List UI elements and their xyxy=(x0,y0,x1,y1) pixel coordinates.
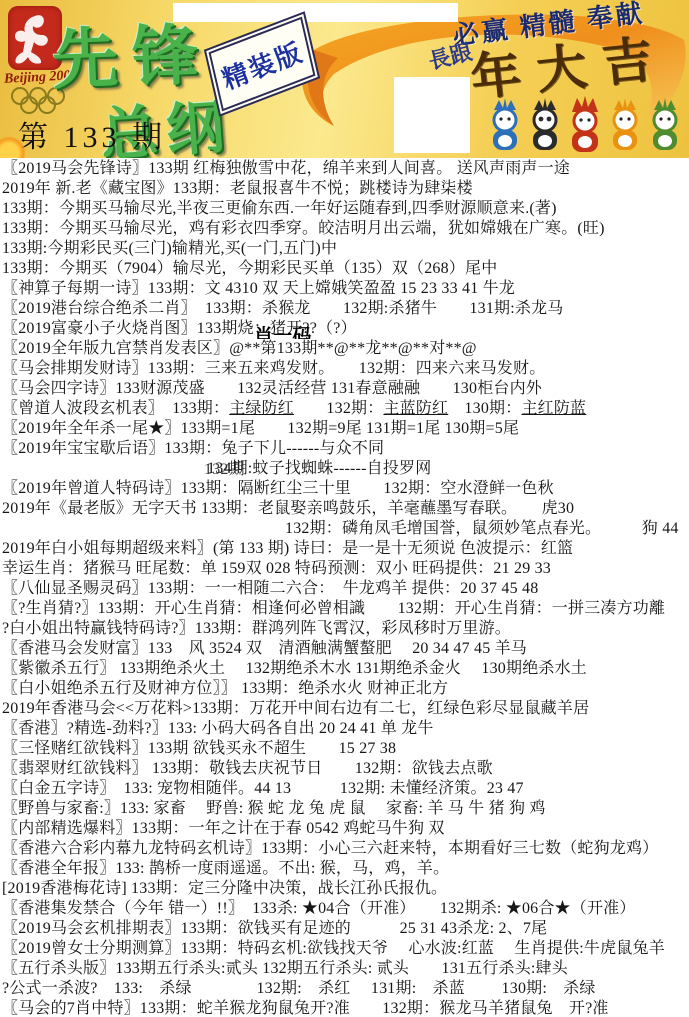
doc-line: 〖2019年曾道人特码诗〗133期：隔断红尘三十里 132期：空水澄鲜一色秋 xyxy=(2,479,689,499)
ghost-overlap-text: 132期 xyxy=(204,460,245,479)
issue-number: 第 133 期 xyxy=(18,112,166,156)
doc-line: 〖香港马会发财富〗133 风 3524 双 清酒触满蟹螯肥 20 34 47 4… xyxy=(2,639,689,659)
doc-line: 〖2019马会玄机排期表〗133期：欲钱买有足迹的 25 31 43杀龙: 2、… xyxy=(2,919,689,939)
doc-line: 2019年香港马会<<万花料>133期：万花开中间右边有二七，红绿色彩尽显鼠藏羊… xyxy=(2,699,689,719)
doc-line: ?公式一杀波? 133: 杀绿 132期: 杀红 131期: 杀蓝 130期: … xyxy=(2,979,689,999)
doc-line: 〖香港集发禁合（今年 错一）!!〗 133杀: ★04合（开准） 132期杀: … xyxy=(2,899,689,919)
doc-line: 〖野兽与家畜:〗133: 家畜 野兽: 猴 蛇 龙 兔 虎 鼠 家畜: 羊 马 … xyxy=(2,799,689,819)
mascot-huanhuan xyxy=(566,96,604,154)
mascot-beibei xyxy=(486,96,524,154)
doc-line: 〖2019年全年杀一尾★〗133期=1尾 132期=9尾 131期=1尾 130… xyxy=(2,419,689,439)
doc-line: 〖?生肖猜?〗133期：开心生肖猜：相逢何必曾相識 132期：开心生肖猜：一拼三… xyxy=(2,599,689,619)
doc-line: 2019年 新.老《藏宝图》133期：老鼠报喜牛不悦；跳楼诗为肆柒楼 xyxy=(2,179,689,199)
doc-line: 〖2019年宝宝歇后语〗133期：兔子下儿------与众不同 xyxy=(2,439,689,459)
doc-line: 〖马会排期发财诗〗133期：三来五来鸡发财。 132期：四来六来马发财。 xyxy=(2,359,689,379)
doc-line: 132期：磷角凤毛增国誉，鼠须妙笔点春光。 狗 44 xyxy=(2,519,689,539)
doc-line: 〖三怪赌红欲钱料〗133期 欲钱买永不超生 15 27 38 xyxy=(2,739,689,759)
doc-line: [2019香港梅花诗] 133期：定三分隆中决策，战长江孙氏报仇。 xyxy=(2,879,689,899)
doc-line: 2019年《最老版》无字天书 133期：老鼠娶亲鸣鼓乐，羊毫蘸墨写春联。 虎30 xyxy=(2,499,689,519)
masthead: Beijing 2008 先锋 总纲 第 133 期 精装版 必赢 精髓 奉献 … xyxy=(0,0,689,158)
deluxe-edition-badge: 精装版 xyxy=(209,17,316,112)
doc-line: 〖2019曾女士分期测算〗133期：特码玄机:欲钱找天爷 心水波:红蓝 生肖提供… xyxy=(2,939,689,959)
doc-line: 〖白小姐绝杀五行及财神方位〗〗 133期：绝杀水火 财神正北方 xyxy=(2,679,689,699)
tip-sheet-page: { "header": { "emblem_caption": "Beijing… xyxy=(0,0,689,1017)
doc-line: 〖八仙显圣赐灵码〗133期：一一相随二六合： 牛龙鸡羊 提供：20 37 45 … xyxy=(2,579,689,599)
doc-line: 〖2019全年版九宫禁肖发表区〗@**第133期**@**龙**@**对**@ xyxy=(2,339,689,359)
doc-line: 〖马会的7肖中特〗133期：蛇羊猴龙狗鼠兔开?准 132期：猴龙马羊猪鼠兔 开?… xyxy=(2,999,689,1017)
doc-line-mosquito-glitch: 132期 134期:蚊子找蜘蛛------自投罗网 xyxy=(2,459,689,479)
doc-line: 〖香港〗?精选-劲料?〗133: 小码大码各自出 20 24 41 单 龙牛 xyxy=(2,719,689,739)
doc-line: 2019年白小姐每期超级来料〗(第 133 期) 诗曰：是一是十无须说 色波提示… xyxy=(2,539,689,559)
doc-line: 〖马会四字诗〗133财源茂盛 132灵活经营 131春意融融 130柜台内外 xyxy=(2,379,689,399)
doc-line-wave-table: 〖曾道人波段玄机表〗 133期：主绿防红 132期：主蓝防红 130期：主红防蓝 xyxy=(2,399,689,419)
burn-line-overlay: 肖一码 xyxy=(254,327,312,339)
doc-line: 〖五行杀头版〗133期五行杀头:贰头 132期五行杀头: 贰头 131五行杀头:… xyxy=(2,959,689,979)
doc-line: 〖香港六合彩内幕九龙特码玄机诗〗133期：小心三六赶来特，本期看好三七数（蛇狗龙… xyxy=(2,839,689,859)
mascot-jingjing xyxy=(526,96,564,154)
doc-line: ?白小姐出特赢钱特码诗?〗133期：群鸿列阵飞霄汉，彩凤移时万里游。 xyxy=(2,619,689,639)
mascot-nini xyxy=(646,96,684,154)
doc-line: 幸运生肖：猪猴马 旺尾数：单 159双 028 特码预测：双小 旺码提供：21 … xyxy=(2,559,689,579)
doc-line: 〖紫徽杀五行〗 133期绝杀火土 132期绝杀木水 131期绝杀金火 130期绝… xyxy=(2,659,689,679)
doc-line: 〖内部精选爆料〗133期：一年之计在于春 0542 鸡蛇马牛狗 双 xyxy=(2,819,689,839)
badge-label: 精装版 xyxy=(216,32,308,97)
doc-line: 133期：今期买（7904）输尽光，今期彩民买单（135）双（268）尾中 xyxy=(2,259,689,279)
doc-line: 133期:今期彩民买(三门)输精光,买(一门,五门)中 xyxy=(2,239,689,259)
doc-line: 〖神算子每期一诗〗133期：文 4310 双 天上嫦娥笑盈盈 15 23 33 … xyxy=(2,279,689,299)
doc-line: 133期：今期买马输尽光，鸡有彩衣四季穿。皎洁明月出云端，犹如嫦娥在广寒。(旺) xyxy=(2,219,689,239)
white-patch-right xyxy=(394,77,470,153)
fuwa-mascots xyxy=(486,96,684,154)
white-patch-top xyxy=(173,3,458,22)
doc-line: 〖香港全年报〗133: 鹊桥一度雨遥遥。不出: 猴，马，鸡，羊。 xyxy=(2,859,689,879)
doc-line: 〖白金五字诗〗 133: 宠物相随伴。44 13 132期: 未懂经济策。23 … xyxy=(2,779,689,799)
mascot-yingying xyxy=(606,96,644,154)
doc-line: 〖2019马会先锋诗〗133期 红梅独傲雪中花，绵羊来到人间喜。 送风声雨声一途 xyxy=(2,159,689,179)
doc-line: 〖2019港台综合绝杀二肖〗 133期：杀猴龙 132期:杀猪牛 131期:杀龙… xyxy=(2,299,689,319)
doc-line: 133期：今期买马输尽光,半夜三更偷东西.一年好运随春到,四季财源顺意来.(著) xyxy=(2,199,689,219)
doc-line-burn-glitch: 〖2019富豪小子火烧肖图〗133期烧：猪开??（?） 肖一码 xyxy=(2,319,689,339)
predictions-document: 〖2019马会先锋诗〗133期 红梅独傲雪中花，绵羊来到人间喜。 送风声雨声一途… xyxy=(2,159,689,1017)
doc-line: 〖翡翠财红欲钱料〗 133期：敬钱去庆祝节日 132期：欲钱去点歌 xyxy=(2,759,689,779)
